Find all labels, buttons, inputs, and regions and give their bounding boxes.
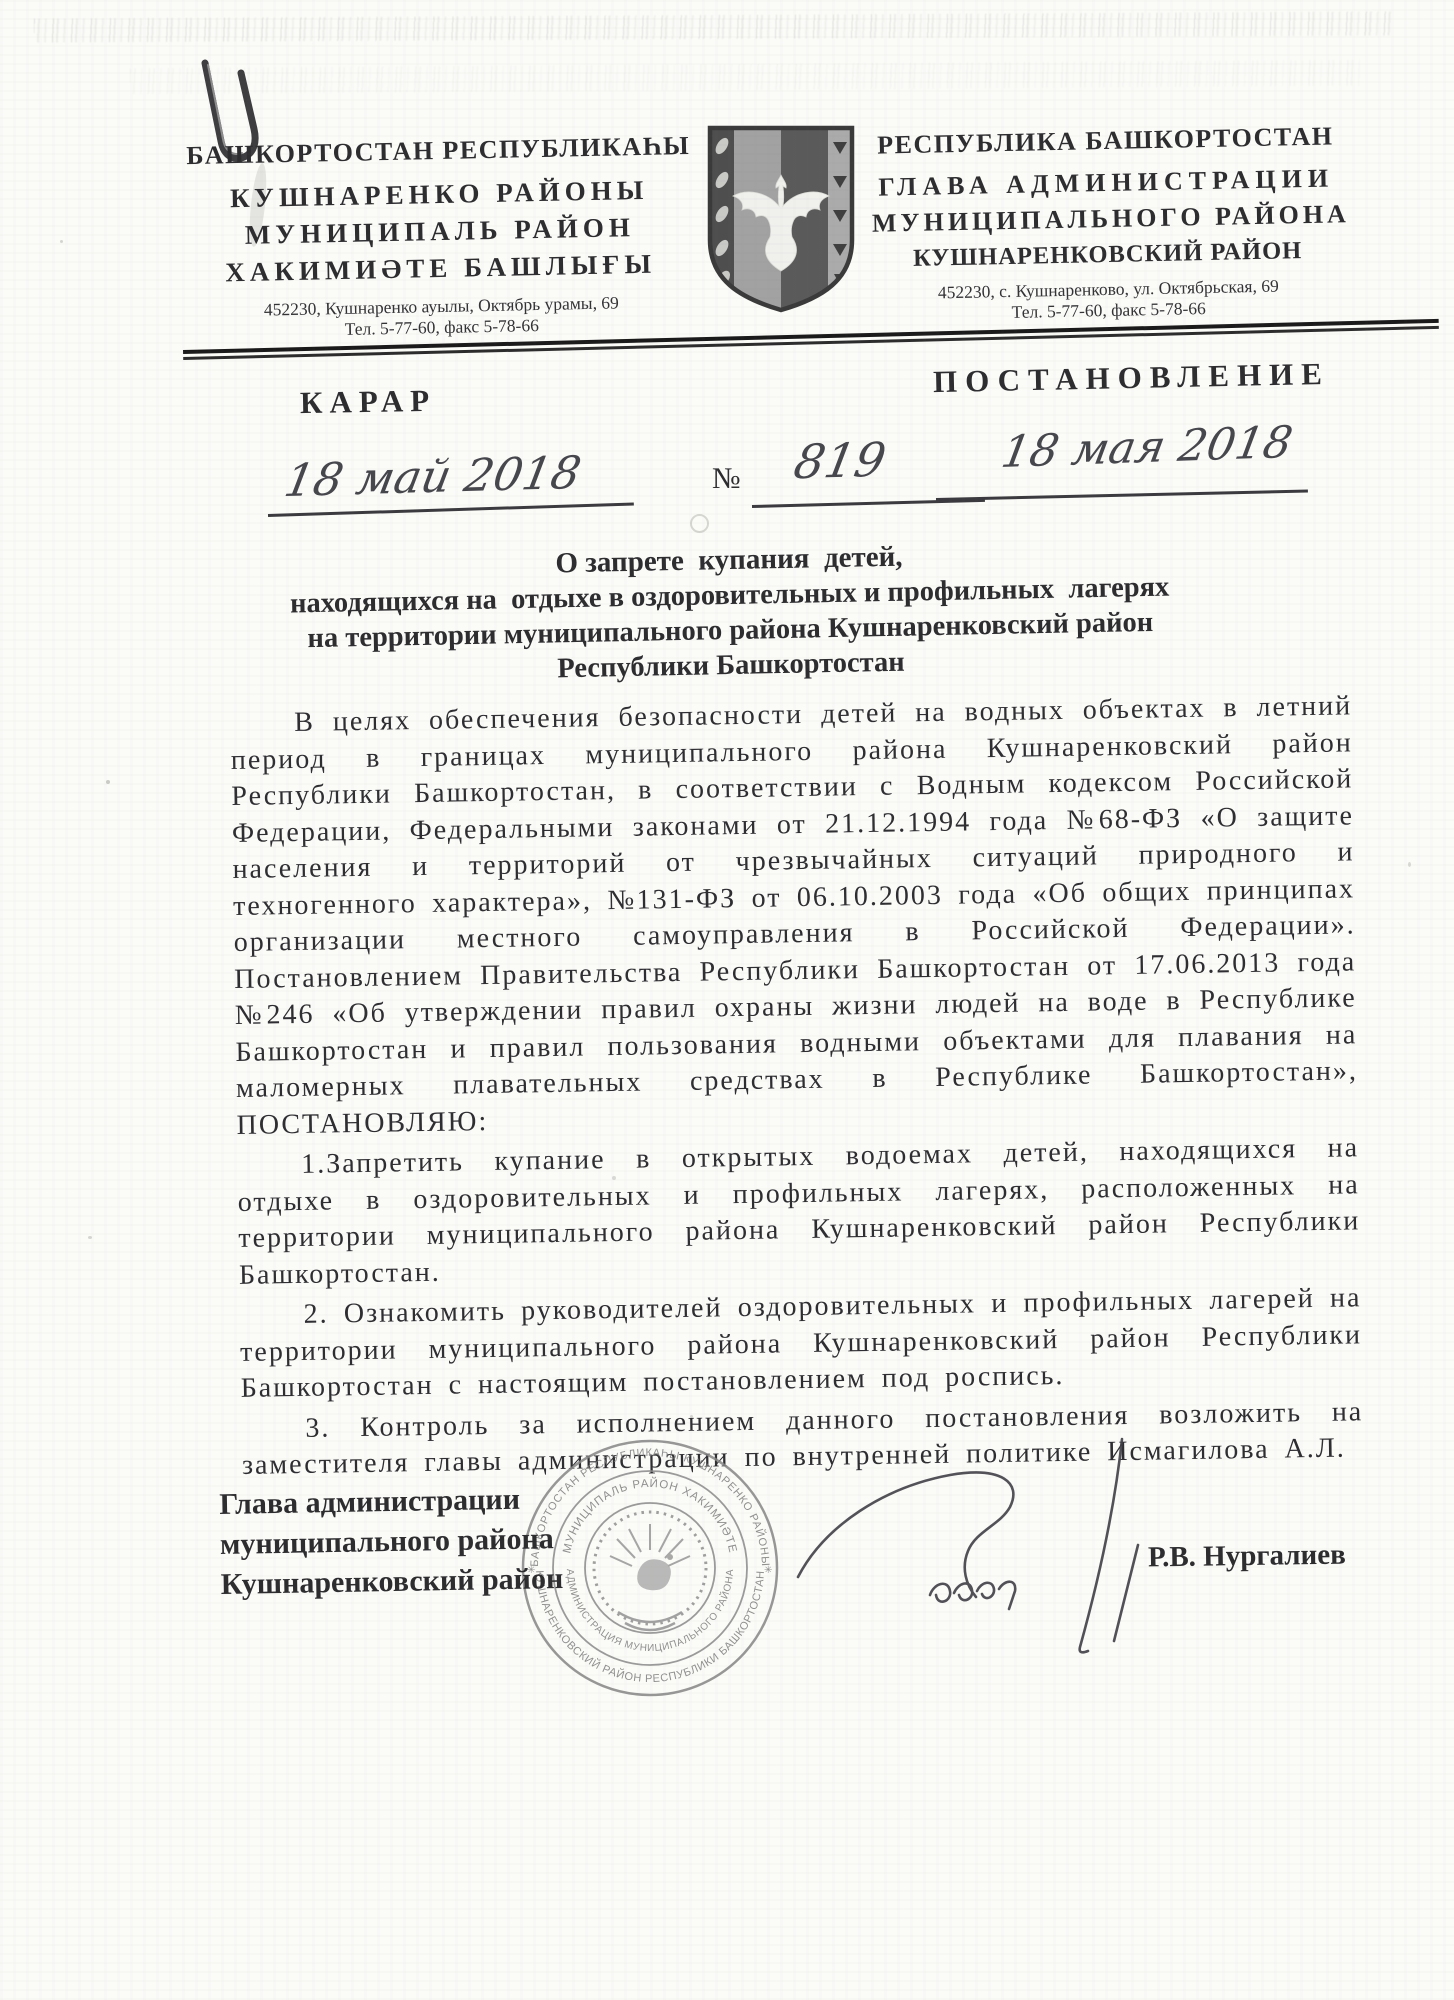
date-left-handwritten: 18 май 2018 xyxy=(280,446,585,507)
scan-noise-band xyxy=(34,11,1394,42)
doc-body: В целях обеспечения безопасности детей н… xyxy=(230,688,1364,1484)
number-sign: № xyxy=(712,462,741,496)
scan-speck xyxy=(1408,862,1411,867)
signature-title: Глава администрации муниципального район… xyxy=(219,1479,564,1605)
signature-title-line: Глава администрации xyxy=(219,1479,562,1525)
body-paragraph: 1.Запретить купание в открытых водоемах … xyxy=(237,1130,1361,1294)
letterhead-right: РЕСПУБЛИКА БАШКОРТОСТАН ГЛАВА АДМИНИСТРА… xyxy=(870,121,1344,325)
body-paragraph: 2. Ознакомить руководителей оздоровитель… xyxy=(239,1280,1363,1407)
body-paragraph: В целях обеспечения безопасности детей н… xyxy=(230,688,1359,1144)
scan-artifact-ring xyxy=(690,514,709,533)
field-underline xyxy=(936,490,1308,501)
doc-title: О запрете купания детей, находящихся на … xyxy=(149,532,1311,694)
scan-noise-band xyxy=(130,60,1360,95)
doc-type-karar: КАРАР xyxy=(300,383,437,421)
coat-of-arms-icon xyxy=(700,120,862,316)
field-underline xyxy=(752,499,985,508)
letterhead-left: БАШКОРТОСТАН РЕСПУБЛИКАҺЫ КУШНАРЕНКО РАЙ… xyxy=(183,131,697,343)
signature-title-line: Кушнаренковский район xyxy=(220,1559,563,1605)
scan-speck xyxy=(612,1176,616,1180)
handwritten-signature-icon xyxy=(770,1425,1190,1665)
scan-speck xyxy=(60,240,63,243)
scan-speck xyxy=(88,1236,92,1239)
number-handwritten: 819 xyxy=(790,433,890,490)
signature-title-line: муниципального района xyxy=(220,1519,563,1565)
date-right-handwritten: 18 мая 2018 xyxy=(997,417,1296,478)
doc-type-postanovlenie: ПОСТАНОВЛЕНИЕ xyxy=(933,356,1331,400)
scanned-document-page: БАШКОРТОСТАН РЕСПУБЛИКАҺЫ КУШНАРЕНКО РАЙ… xyxy=(0,0,1454,2000)
scan-speck xyxy=(106,780,110,784)
scan-speck xyxy=(690,1415,693,1418)
